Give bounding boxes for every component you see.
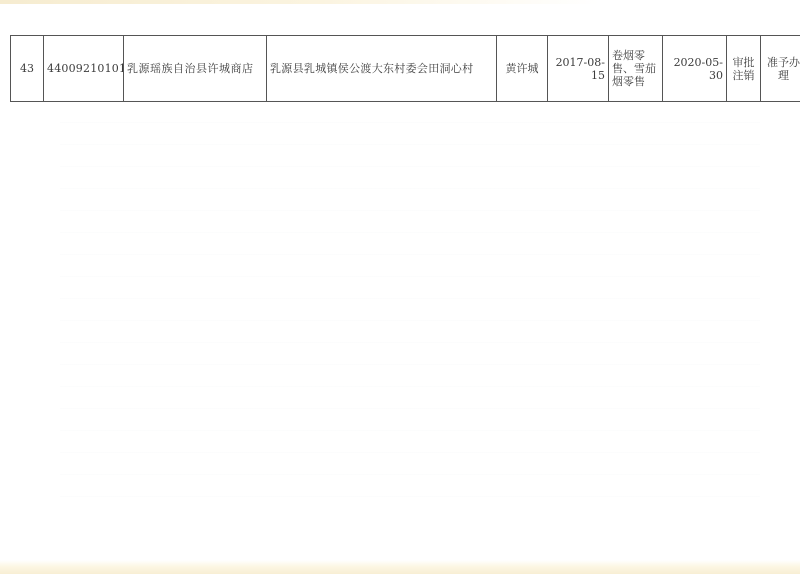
- license-record-table: 43 440092101019 乳源瑶族自治县许城商店 乳源县乳城镇侯公渡大东村…: [10, 35, 800, 102]
- bleed-through-background: [60, 100, 760, 510]
- table-row: 43 440092101019 乳源瑶族自治县许城商店 乳源县乳城镇侯公渡大东村…: [11, 36, 800, 102]
- cell-issue-date: 2017-08-15: [548, 36, 609, 102]
- cell-index: 43: [11, 36, 44, 102]
- page-top-edge: [0, 0, 800, 4]
- cell-person-in-charge: 黄许城: [497, 36, 548, 102]
- cell-action-type: 审批注销: [727, 36, 761, 102]
- cell-decision: 准予办理: [761, 36, 800, 102]
- page-bottom-edge: [0, 560, 800, 574]
- cell-business-name: 乳源瑶族自治县许城商店: [124, 36, 267, 102]
- cell-business-scope: 卷烟零售、雪茄烟零售: [609, 36, 663, 102]
- cell-address: 乳源县乳城镇侯公渡大东村委会田洞心村: [267, 36, 497, 102]
- cell-expiry-date: 2020-05-30: [663, 36, 727, 102]
- cell-license-number: 440092101019: [44, 36, 124, 102]
